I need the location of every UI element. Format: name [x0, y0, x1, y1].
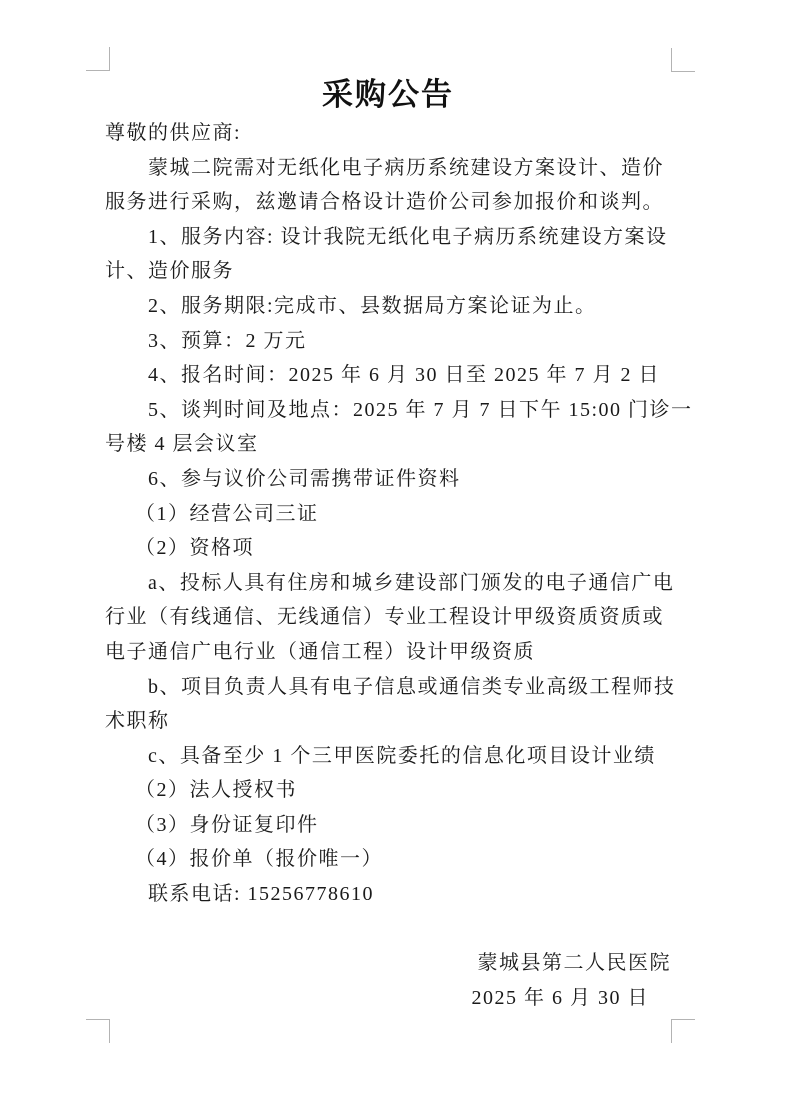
salutation-line: 尊敬的供应商:	[105, 116, 671, 151]
body-line-item-6: 6、参与议价公司需携带证件资料	[105, 462, 671, 497]
body-line: 号楼 4 层会议室	[105, 427, 671, 462]
margin-crop-mark-top-left	[86, 47, 110, 71]
body-line: 服务进行采购，兹邀请合格设计造价公司参加报价和谈判。	[105, 185, 671, 220]
body-line: 电子通信广电行业（通信工程）设计甲级资质	[105, 635, 671, 670]
body-line: 术职称	[105, 704, 671, 739]
body-line-item-1: 1、服务内容: 设计我院无纸化电子病历系统建设方案设	[105, 220, 671, 255]
document-title: 采购公告	[105, 77, 671, 113]
margin-crop-mark-bottom-left	[86, 1019, 110, 1043]
blank-line	[105, 912, 671, 947]
body-line: 行业（有线通信、无线通信）专业工程设计甲级资质资质或	[105, 600, 671, 635]
signature-organization: 蒙城县第二人民医院	[105, 946, 671, 981]
margin-crop-mark-bottom-right	[671, 1019, 695, 1043]
body-line-sub-2: （2）资格项	[105, 531, 671, 566]
body-line-item-3: 3、预算：2 万元	[105, 324, 671, 359]
document-page: 采购公告 尊敬的供应商: 蒙城二院需对无纸化电子病历系统建设方案设计、造价 服务…	[0, 0, 786, 1097]
body-line: 蒙城二院需对无纸化电子病历系统建设方案设计、造价	[105, 151, 671, 186]
body-line-item-5: 5、谈判时间及地点：2025 年 7 月 7 日下午 15:00 门诊一	[105, 393, 671, 428]
body-line-sub-4: （4）报价单（报价唯一）	[105, 842, 671, 877]
contact-phone-line: 联系电话: 15256778610	[105, 877, 671, 912]
body-line-sub-c: c、具备至少 1 个三甲医院委托的信息化项目设计业绩	[105, 739, 671, 774]
body-line-sub-b: b、项目负责人具有电子信息或通信类专业高级工程师技	[105, 670, 671, 705]
body-line-sub-3: （3）身份证复印件	[105, 808, 671, 843]
body-line-item-4: 4、报名时间：2025 年 6 月 30 日至 2025 年 7 月 2 日	[105, 358, 671, 393]
document-body: 尊敬的供应商: 蒙城二院需对无纸化电子病历系统建设方案设计、造价 服务进行采购，…	[105, 116, 671, 1015]
signature-date: 2025 年 6 月 30 日	[105, 981, 671, 1016]
body-line: 计、造价服务	[105, 254, 671, 289]
body-line-sub-1: （1）经营公司三证	[105, 497, 671, 532]
margin-crop-mark-top-right	[671, 48, 695, 72]
body-line-sub-2b: （2）法人授权书	[105, 773, 671, 808]
body-line-sub-a: a、投标人具有住房和城乡建设部门颁发的电子通信广电	[105, 566, 671, 601]
body-line-item-2: 2、服务期限:完成市、县数据局方案论证为止。	[105, 289, 671, 324]
